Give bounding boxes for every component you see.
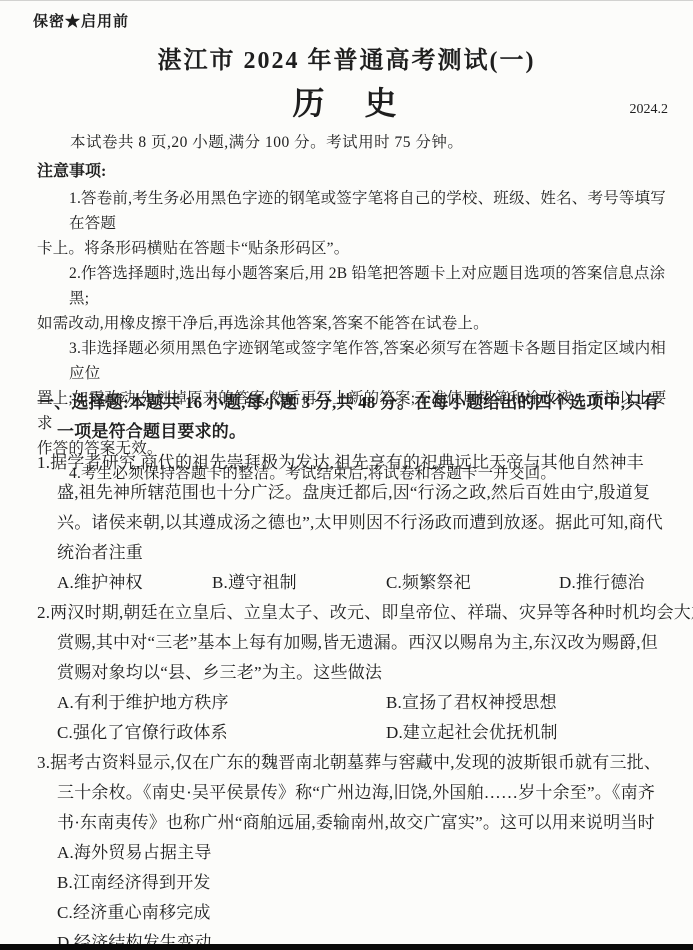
option-a: A.有利于维护地方秩序 [57,688,386,718]
questions-area: 1.据学者研究,商代的祖先崇拜极为发达,祖先享有的祀典远比天帝与其他自然神丰 盛… [37,448,677,950]
section-heading-line: 一项是符合题目要求的。 [37,417,675,446]
option-c: C.经济重心南移完成 [37,898,677,928]
option-d: D.推行德治 [559,568,677,598]
page-top-edge [0,0,693,1]
notice-line: 2.作答选择题时,选出每小题答案后,用 2B 铅笔把答题卡上对应题目选项的答案信… [37,261,675,311]
option-a: A.维护神权 [57,568,212,598]
question-line: 赏赐对象均以“县、乡三老”为主。这些做法 [37,658,677,688]
question-block: 3.据考古资料显示,仅在广东的魏晋南北朝墓葬与窖藏中,发现的波斯银币就有三批、 … [37,748,677,950]
options-row: A.维护神权 B.遵守祖制 C.频繁祭祀 D.推行德治 [37,568,677,598]
question-number: 2. [37,603,50,622]
option-b: B.江南经济得到开发 [37,868,677,898]
notice-heading: 注意事项: [37,158,106,181]
options-row: C.强化了官僚行政体系 D.建立起社会优抚机制 [37,718,677,748]
option-c: C.强化了官僚行政体系 [57,718,386,748]
notice-line: 3.非选择题必须用黑色字迹钢笔或签字笔作答,答案必须写在答题卡各题目指定区域内相… [37,336,675,386]
question-line: 统治者注重 [37,538,677,568]
options-row: A.有利于维护地方秩序 B.宣扬了君权神授思想 [37,688,677,718]
notice-line: 卡上。将条形码横贴在答题卡“贴条形码区”。 [37,236,675,261]
option-c: C.频繁祭祀 [386,568,559,598]
section-heading: 一、选择题:本题共 16 小题,每小题 3 分,共 48 分。在每小题给出的四个… [37,388,675,446]
question-line: 2.两汉时期,朝廷在立皇后、立皇太子、改元、即皇帝位、祥瑞、灾异等各种时机均会大… [37,598,677,628]
option-b: B.遵守祖制 [212,568,386,598]
question-line: 盛,祖先神所辖范围也十分广泛。盘庚迁都后,因“行汤之政,然后百姓由宁,殷道复 [37,478,677,508]
question-line: 1.据学者研究,商代的祖先崇拜极为发达,祖先享有的祀典远比天帝与其他自然神丰 [37,448,677,478]
section-heading-line: 一、选择题:本题共 16 小题,每小题 3 分,共 48 分。在每小题给出的四个… [37,388,675,417]
question-line: 书·东南夷传》也称广州“商舶远届,委输南州,故交广富实”。这可以用来说明当时 [37,808,677,838]
exam-date: 2024.2 [630,102,669,118]
question-number: 1. [37,453,50,472]
subject-title: 历 史 [0,78,693,124]
question-line: 三十余枚。《南史·吴平侯景传》称“广州边海,旧饶,外国舶……岁十余至”。《南齐 [37,778,677,808]
exam-paper-page: 保密★启用前 湛江市 2024 年普通高考测试(一) 历 史 2024.2 本试… [0,0,693,950]
secrecy-notice: 保密★启用前 [33,10,129,31]
question-block: 2.两汉时期,朝廷在立皇后、立皇太子、改元、即皇帝位、祥瑞、灾异等各种时机均会大… [37,598,677,748]
option-a: A.海外贸易占据主导 [37,838,677,868]
question-line: 兴。诸侯来朝,以其遵成汤之德也”,太甲则因不行汤政而遭到放逐。据此可知,商代 [37,508,677,538]
exam-info: 本试卷共 8 页,20 小题,满分 100 分。考试用时 75 分钟。 [70,130,463,152]
question-line: 赏赐,其中对“三老”基本上每有加赐,皆无遗漏。西汉以赐帛为主,东汉改为赐爵,但 [37,628,677,658]
page-bottom-edge [0,944,693,950]
option-d: D.建立起社会优抚机制 [386,718,677,748]
question-line: 3.据考古资料显示,仅在广东的魏晋南北朝墓葬与窖藏中,发现的波斯银币就有三批、 [37,748,677,778]
notice-line: 如需改动,用橡皮擦干净后,再选涂其他答案,答案不能答在试卷上。 [37,311,675,336]
exam-title: 湛江市 2024 年普通高考测试(一) [0,40,693,75]
option-b: B.宣扬了君权神授思想 [386,688,677,718]
question-number: 3. [37,753,50,772]
notice-line: 1.答卷前,考生务必用黑色字迹的钢笔或签字笔将自己的学校、班级、姓名、考号等填写… [37,186,675,236]
question-block: 1.据学者研究,商代的祖先崇拜极为发达,祖先享有的祀典远比天帝与其他自然神丰 盛… [37,448,677,598]
